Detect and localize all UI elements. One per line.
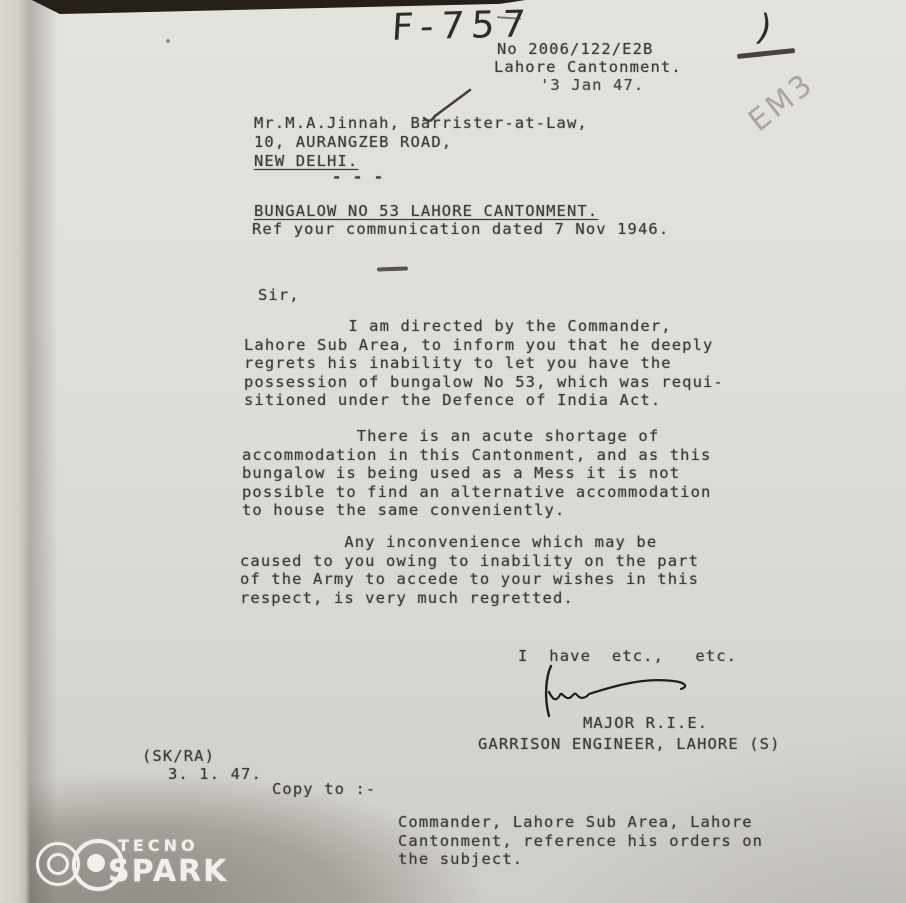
clerk-initials: (SK/RA) — [142, 747, 215, 766]
page-left-edge — [0, 0, 30, 903]
camera-watermark: TECNO SPARK — [30, 832, 240, 894]
recipient-line-1: Mr.M.A.Jinnah, Barrister-at-Law, — [254, 114, 588, 133]
pencil-note: EM3 — [742, 66, 821, 138]
page-mark-underline — [737, 48, 795, 59]
reference-line: Ref your communication dated 7 Nov 1946. — [252, 220, 669, 239]
signature-scrawl — [525, 662, 710, 720]
paragraph-2: There is an acute shortage of accommodat… — [242, 427, 711, 520]
ref-date: '3 Jan 47. — [540, 76, 644, 95]
ref-number: No 2006/122/E2B — [497, 40, 653, 59]
address-dashes: - - - — [332, 168, 384, 187]
watermark-brand: TECNO — [118, 836, 199, 855]
subject-line: BUNGALOW NO 53 LAHORE CANTONMENT. — [254, 202, 598, 221]
recipient-line-2: 10, AURANGZEB ROAD, — [254, 133, 452, 152]
salutation: Sir, — [258, 286, 300, 305]
copy-label: Copy to :- — [272, 780, 376, 799]
paragraph-1: I am directed by the Commander, Lahore S… — [244, 317, 724, 410]
signatory-title: GARRISON ENGINEER, LAHORE (S) — [478, 735, 781, 754]
clerk-date: 3. 1. 47. — [168, 765, 262, 784]
signatory-rank: MAJOR R.I.E. — [583, 714, 708, 733]
copy-to-block: Commander, Lahore Sub Area, Lahore Canto… — [398, 813, 763, 869]
watermark-model: SPARK — [108, 854, 228, 889]
ink-speck — [166, 39, 170, 43]
paragraph-3: Any inconvenience which may be caused to… — [240, 533, 699, 607]
separator-dash — [377, 266, 408, 271]
binding-fold-shadow — [30, 0, 58, 903]
handwritten-page-mark: ) — [752, 7, 776, 50]
letter-photo: F-757 ) EM3 No 2006/122/E2B Lahore Canto… — [0, 0, 906, 903]
ref-place: Lahore Cantonment. — [494, 58, 682, 77]
